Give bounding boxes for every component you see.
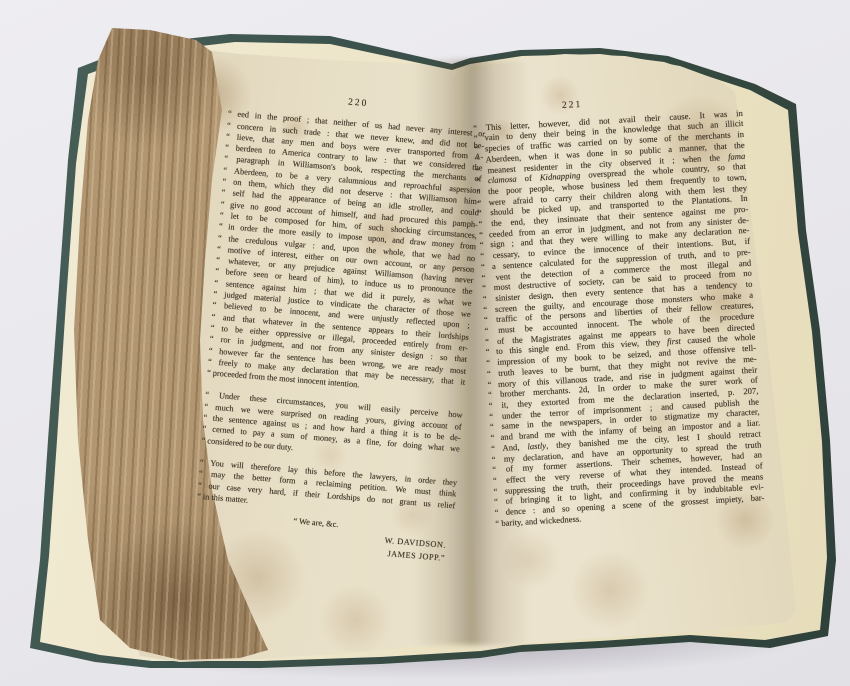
left-page-paragraphs: “ eed in the proof ; that neither of us … — [197, 108, 486, 522]
right-page-paragraphs: “ This letter, however, did not avail th… — [473, 108, 765, 529]
paragraph: “ Under these circumstances, you will ea… — [201, 389, 463, 466]
right-page-text: 221 “ This letter, however, did not avai… — [472, 91, 765, 529]
paragraph: “ eed in the proof ; that neither of us … — [207, 108, 486, 399]
left-page-text: 220 “ eed in the proof ; that neither of… — [193, 88, 487, 564]
book-photo-scene: 220 “ eed in the proof ; that neither of… — [0, 0, 850, 686]
paragraph: “ This letter, however, did not avail th… — [473, 108, 765, 529]
